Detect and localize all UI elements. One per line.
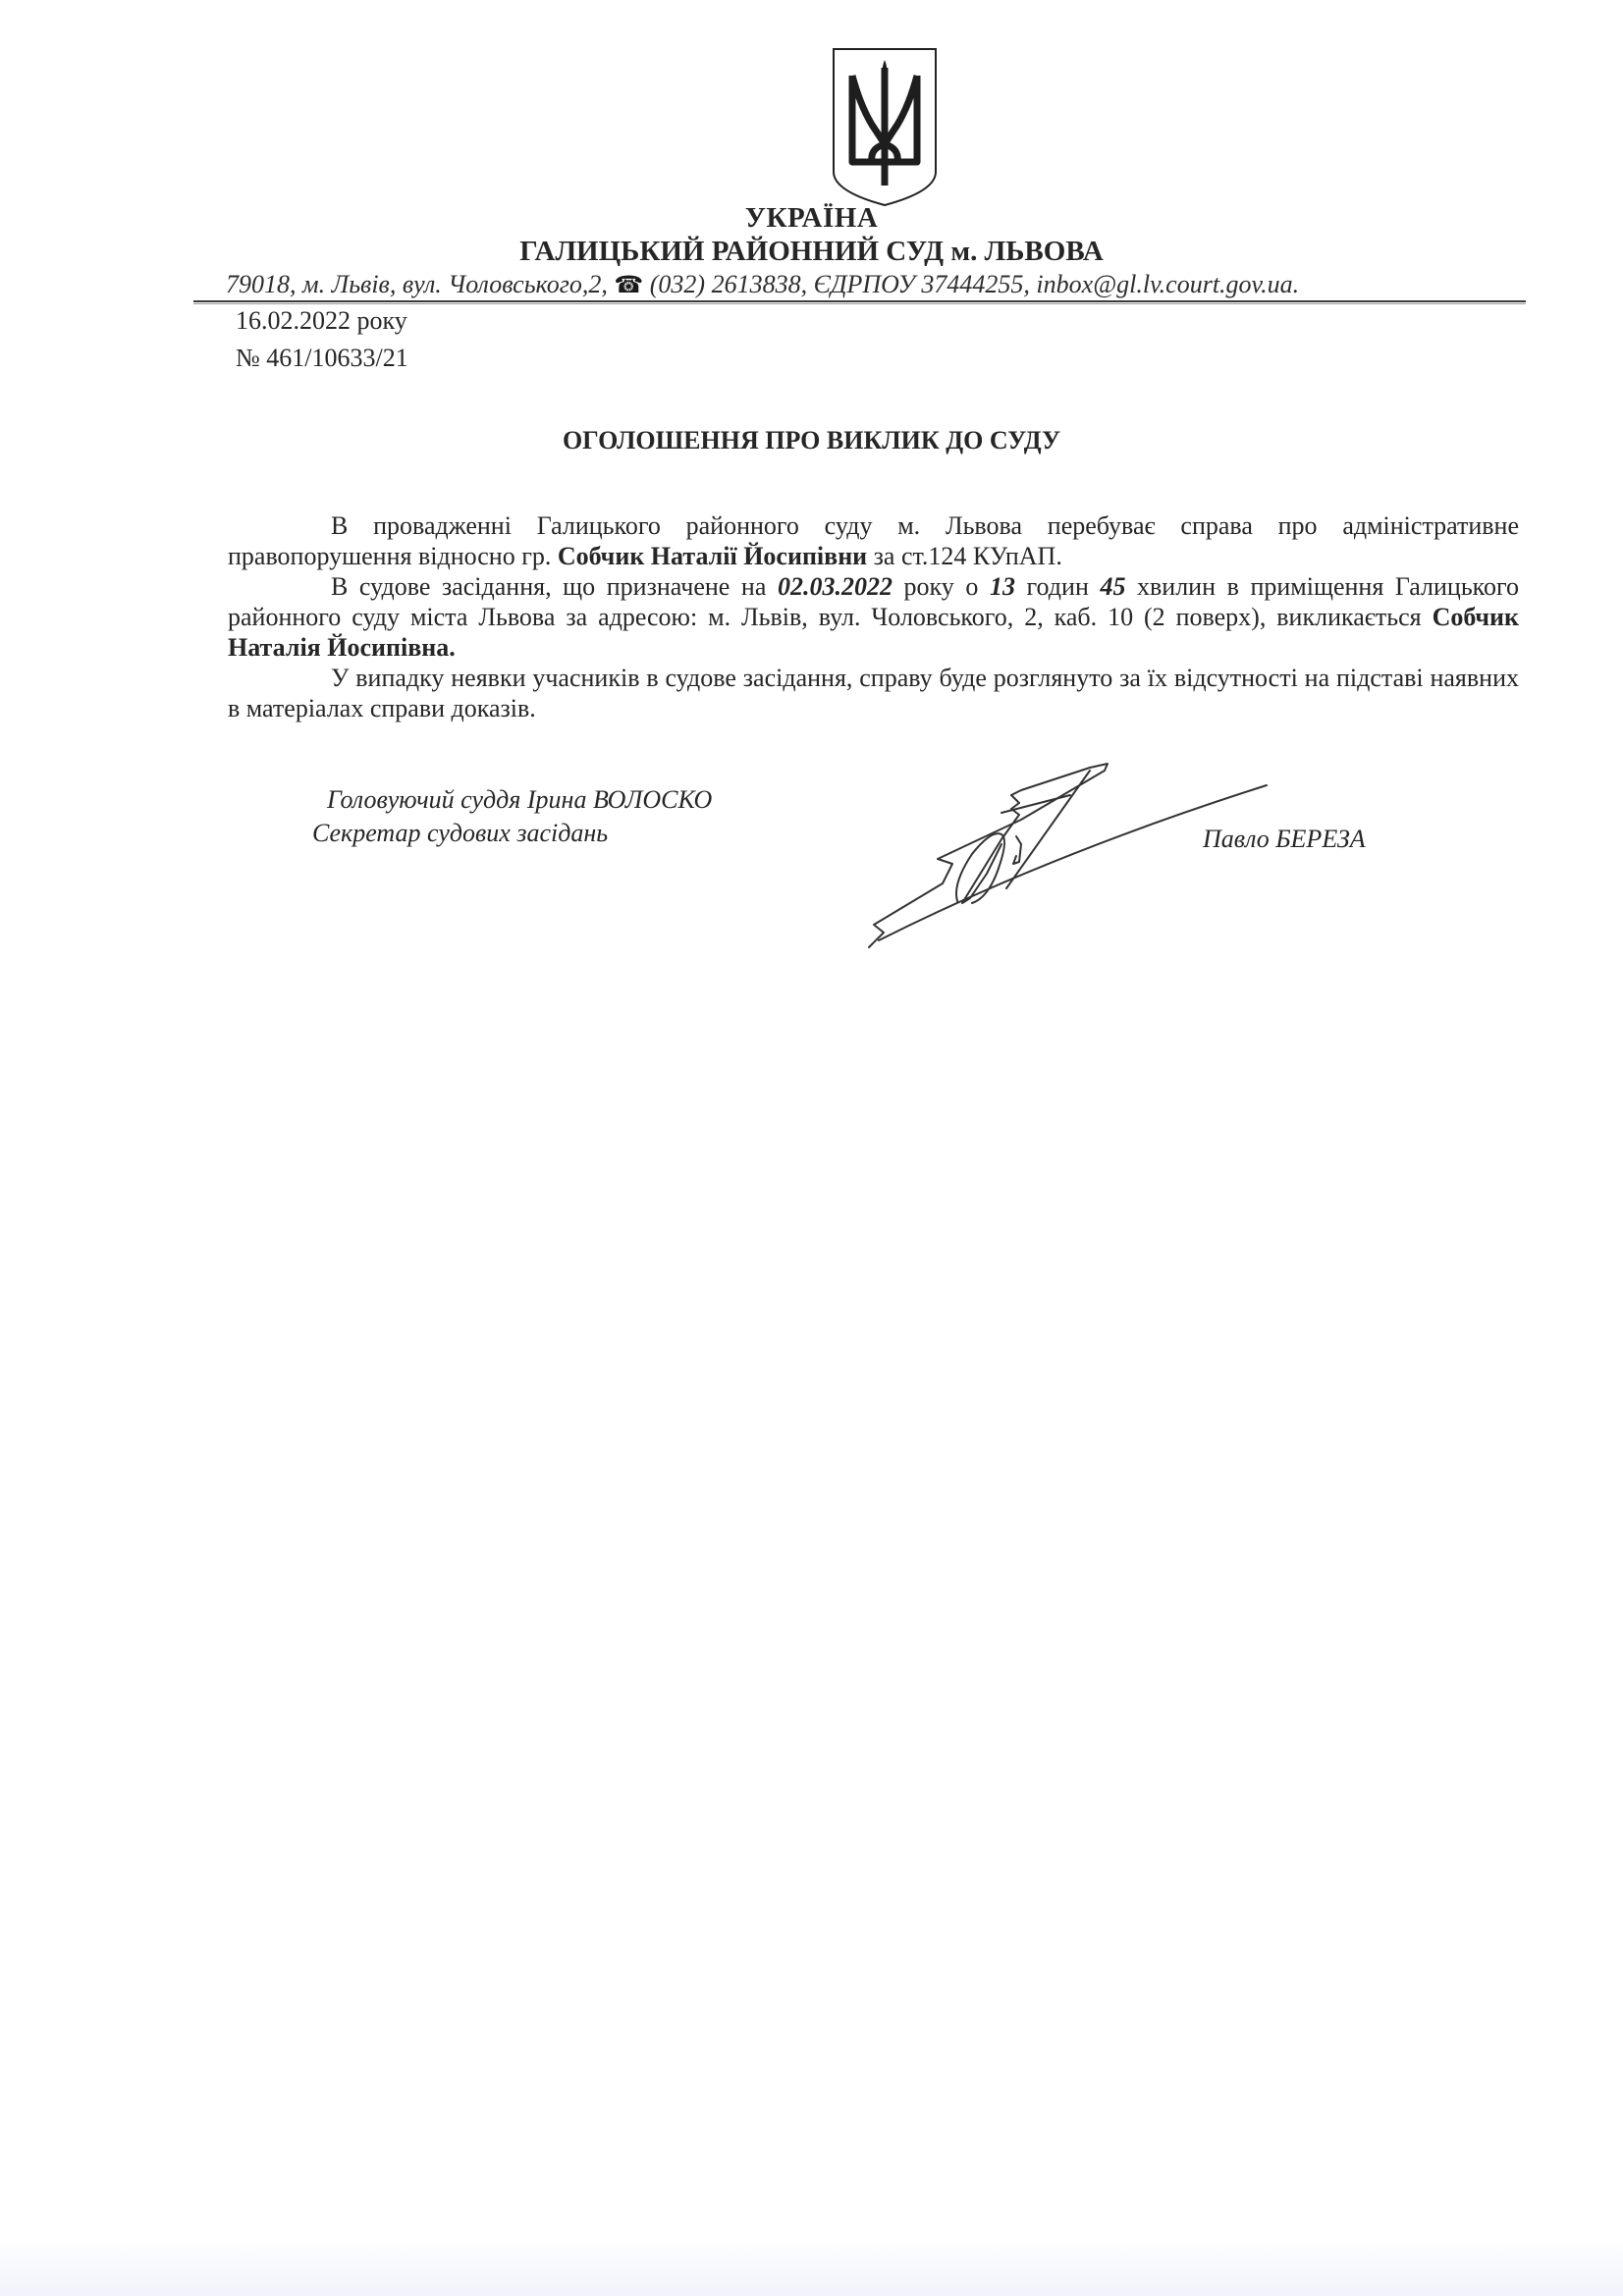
paragraph-text: В судове засідання, що призначене на: [331, 572, 778, 601]
court-name-heading: ГАЛИЦЬКИЙ РАЙОННИЙ СУД м. ЛЬВОВА: [0, 236, 1623, 268]
case-number: № 461/10633/21: [236, 344, 408, 373]
court-contacts: 79018, м. Львів, вул. Чоловського,2, ☎ (…: [226, 270, 1502, 299]
hearing-minutes: 45: [1100, 572, 1125, 601]
contacts-text: (032) 2613838, ЄДРПОУ 37444255, inbox@gl…: [643, 270, 1299, 298]
paragraph-text: за ст.124 КУпАП.: [867, 542, 1062, 570]
secretary-title: Секретар судових засідань: [312, 819, 608, 848]
phone-icon: ☎: [614, 273, 643, 298]
defendant-name: Собчик Наталії Йосипівни: [558, 542, 867, 570]
signature-icon: [854, 746, 1424, 962]
document-page: УКРАЇНА ГАЛИЦЬКИЙ РАЙОННИЙ СУД м. ЛЬВОВА…: [0, 0, 1623, 2296]
header-divider: [193, 300, 1526, 302]
address-text: 79018, м. Львів, вул. Чоловського,2,: [226, 270, 614, 298]
document-body: В провадженні Галицького районного суду …: [228, 510, 1519, 723]
paragraph-case-info: В провадженні Галицького районного суду …: [228, 510, 1519, 571]
paragraph-hearing-info: В судове засідання, що призначене на 02.…: [228, 571, 1519, 663]
document-date: 16.02.2022 року: [236, 306, 407, 336]
hearing-date: 02.03.2022: [778, 572, 893, 601]
country-heading: УКРАЇНА: [0, 202, 1623, 235]
hearing-hours: 13: [990, 572, 1015, 601]
header-divider-thin: [193, 303, 1526, 304]
document-title: ОГОЛОШЕННЯ ПРО ВИКЛИК ДО СУДУ: [0, 426, 1623, 455]
presiding-judge: Головуючий суддя Ірина ВОЛОСКО: [327, 785, 712, 815]
paragraph-text: годин: [1015, 572, 1100, 601]
trident-coat-of-arms-icon: [831, 46, 939, 208]
paragraph-text: року о: [893, 572, 990, 601]
paragraph-absence-warning: У випадку неявки учасників в судове засі…: [228, 663, 1519, 723]
scan-noise: [0, 2237, 1623, 2296]
